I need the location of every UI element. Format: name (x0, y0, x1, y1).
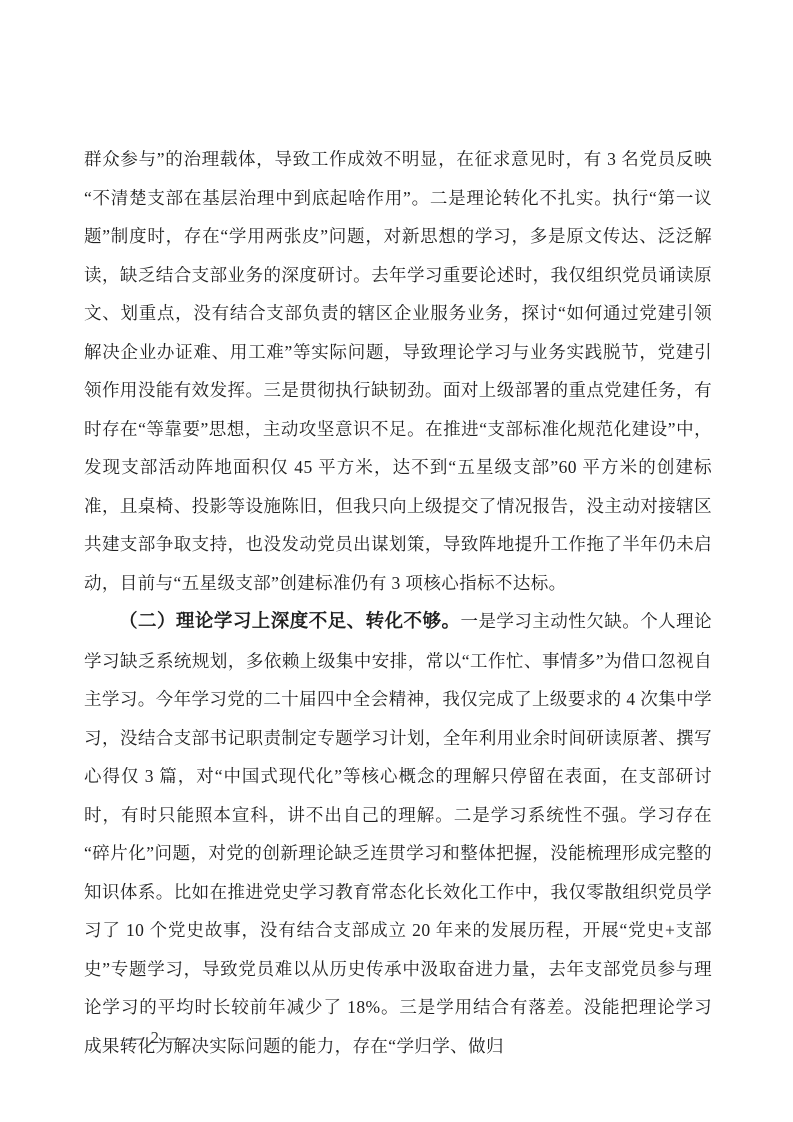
paragraph-continuation: 群众参与”的治理载体，导致工作成效不明显，在征求意见时，有 3 名党员反映“不清… (84, 140, 712, 602)
paragraph-section-two: （二）理论学习上深度不足、转化不够。一是学习主动性欠缺。个人理论学习缺乏系统规划… (84, 602, 712, 1065)
section-heading: （二）理论学习上深度不足、转化不够。 (119, 612, 460, 632)
document-page: 群众参与”的治理载体，导致工作成效不明显，在征求意见时，有 3 名党员反映“不清… (0, 0, 793, 1122)
page-number: — 2 — (126, 1028, 186, 1048)
paragraph-text: 群众参与”的治理载体，导致工作成效不明显，在征求意见时，有 3 名党员反映“不清… (84, 149, 712, 593)
paragraph-text: 一是学习主动性欠缺。个人理论学习缺乏系统规划，多依赖上级集中安排，常以“工作忙、… (84, 611, 712, 1056)
document-body: 群众参与”的治理载体，导致工作成效不明显，在征求意见时，有 3 名党员反映“不清… (84, 140, 712, 1065)
